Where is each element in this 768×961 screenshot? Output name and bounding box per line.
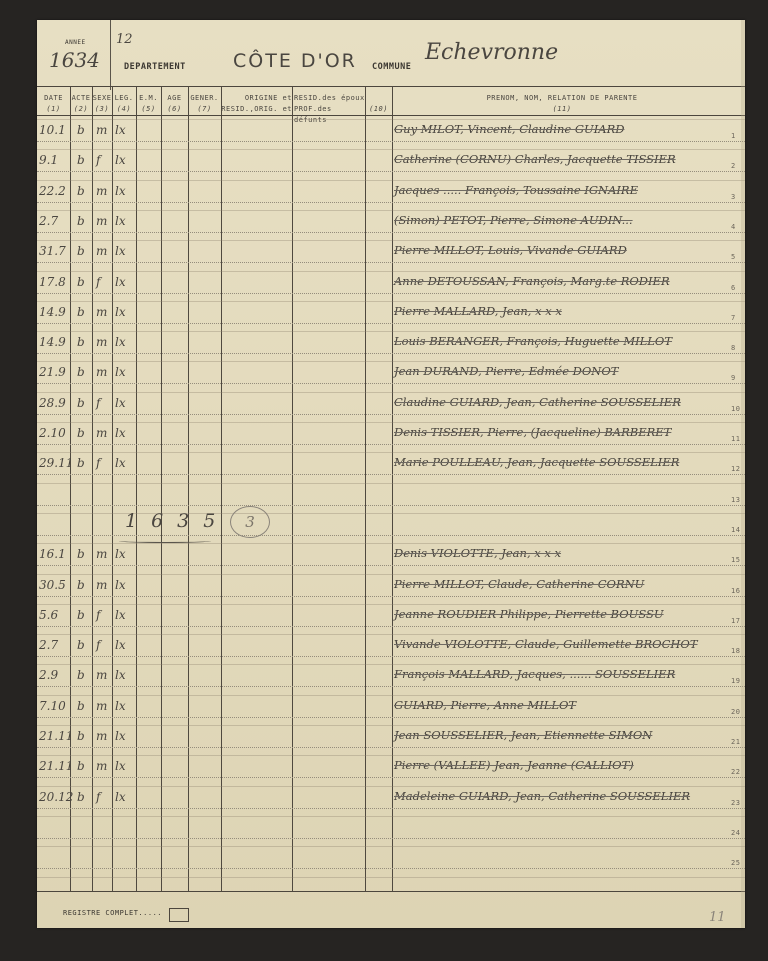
col-header-num: (3) [92,104,112,115]
cell-leg: lx [115,153,126,167]
cell-date: 21.11 [39,759,73,773]
row-dotted-line [37,868,745,869]
row-guide-line [37,180,745,181]
cell-date: 2.10 [39,426,66,440]
row-dotted-line [37,353,745,354]
names-text: Claudine GUIARD, Jean, Catherine SOUSSEL… [394,395,681,409]
col-header-num: (10) [365,104,392,115]
col-header-em: E.M. (5) [136,93,161,115]
names-text: François MALLARD, Jacques, ...... SOUSSE… [394,667,675,681]
column-divider [392,86,393,891]
line-number: 8 [731,344,736,352]
line-number: 3 [731,193,736,201]
cell-sexe: m [96,335,107,349]
cell-sexe: m [96,547,107,561]
cell-acte: b [77,790,85,804]
line-number: 15 [731,556,740,564]
column-divider [112,86,113,891]
cell-leg: lx [115,790,126,804]
cell-sexe: f [96,275,100,289]
cell-date: 22.2 [39,184,66,198]
col-header-sexe: SEXE (3) [92,93,112,115]
line-number: 17 [731,617,740,625]
col-header-label: RESID.des époux [294,93,367,104]
cell-leg: lx [115,547,126,561]
row-guide-line [37,361,745,362]
col-header-label: E.M. [136,93,161,104]
cell-sexe: m [96,184,107,198]
row-guide-line [37,483,745,484]
cell-date: 2.9 [39,668,58,682]
column-divider [188,86,189,891]
cell-leg: lx [115,608,126,622]
line-number: 23 [731,799,740,807]
names-text: GUIARD, Pierre, Anne MILLOT [394,698,576,712]
row-guide-line [37,786,745,787]
names-text: Denis VIOLOTTE, Jean, x x x [394,546,561,560]
names-text: Denis TISSIER, Pierre, (Jacqueline) BARB… [394,425,671,439]
cell-sexe: f [96,638,100,652]
departement-label: DEPARTEMENT [124,62,186,72]
names-text: Pierre MILLOT, Louis, Vivande GUIARD [394,243,627,257]
cell-names: Madeleine GUIARD, Jean, Catherine SOUSSE… [394,789,690,803]
cell-names: Pierre MILLOT, Louis, Vivande GUIARD [394,243,627,257]
cell-acte: b [77,578,85,592]
names-text: Jacques ..... François, Toussaine IGNAIR… [394,183,638,197]
col-header-label-2: PROF.des défunts [294,104,367,126]
commune-label: COMMUNE [372,62,411,72]
column-divider [92,86,93,891]
cell-sexe: m [96,214,107,228]
row-guide-line [37,543,745,544]
line-number: 19 [731,677,740,685]
row-dotted-line [37,747,745,748]
cell-acte: b [77,153,85,167]
names-text: Marie POULLEAU, Jean, Jacquette SOUSSELI… [394,455,679,469]
row-dotted-line [37,171,745,172]
cell-sexe: m [96,244,107,258]
line-number: 6 [731,284,736,292]
line-number: 22 [731,768,740,776]
cell-sexe: m [96,699,107,713]
reference-number: 12 [116,32,133,47]
cell-sexe: m [96,305,107,319]
cell-acte: b [77,608,85,622]
cell-sexe: f [96,456,100,470]
line-number: 21 [731,738,740,746]
col-header-label [365,93,392,104]
row-dotted-line [37,293,745,294]
col-header-names: PRENOM, NOM, RELATION DE PARENTE (11) [392,93,732,115]
line-number: 25 [731,859,740,867]
cell-date: 29.11 [39,456,73,470]
line-number: 24 [731,829,740,837]
names-text: Anne DETOUSSAN, François, Marg.te RODIER [394,274,670,288]
cell-leg: lx [115,184,126,198]
names-text: Jean DURAND, Pierre, Edmée DONOT [394,364,618,378]
col-header-label: DATE [37,93,70,104]
registre-complet-label: REGISTRE COMPLET..... [63,909,162,917]
cell-sexe: m [96,668,107,682]
column-divider [161,86,162,891]
col-header-10: (10) [365,93,392,115]
cell-acte: b [77,244,85,258]
cell-acte: b [77,184,85,198]
cell-leg: lx [115,214,126,228]
col-header-label: PRENOM, NOM, RELATION DE PARENTE [392,93,732,104]
cell-names: Claudine GUIARD, Jean, Catherine SOUSSEL… [394,395,681,409]
cell-date: 2.7 [39,214,58,228]
cell-acte: b [77,547,85,561]
row-dotted-line [37,565,745,566]
line-number: 5 [731,253,736,261]
names-text: Jean SOUSSELIER, Jean, Etiennette SIMON [394,728,652,742]
row-guide-line [37,331,745,332]
line-number: 16 [731,587,740,595]
row-guide-line [37,755,745,756]
col-header-num: (2) [70,104,92,115]
col-header-num: (4) [112,104,136,115]
cell-date: 20.12 [39,790,73,804]
cell-leg: lx [115,668,126,682]
row-guide-line [37,119,745,120]
card-edge [741,20,745,928]
cell-sexe: m [96,426,107,440]
cell-date: 21.11 [39,729,73,743]
line-number: 20 [731,708,740,716]
cell-names: Jean DURAND, Pierre, Edmée DONOT [394,364,618,378]
register-card: ANNEE 1634 12 DEPARTEMENT CÔTE D'OR COMM… [37,20,745,928]
row-dotted-line [37,383,745,384]
cell-sexe: m [96,365,107,379]
col-header-num: (5) [136,104,161,115]
cell-names: Vivande VIOLOTTE, Claude, Guillemette BR… [394,637,698,651]
col-header-gener: GENER. (7) [188,93,221,115]
row-dotted-line [37,505,745,506]
cell-leg: lx [115,699,126,713]
year-break-label: 1635 [125,510,229,532]
column-divider [136,86,137,891]
col-header-label: SEXE [92,93,112,104]
col-header-num: (11) [392,104,732,115]
names-text: (Simon) PETOT, Pierre, Simone AUDIN... [394,213,633,227]
cell-date: 30.5 [39,578,66,592]
col-header-num: (6) [161,104,188,115]
names-text: Jeanne ROUDIER Philippe, Pierrette BOUSS… [394,607,664,621]
annee-value: 1634 [49,48,100,72]
row-dotted-line [37,777,745,778]
row-dotted-line [37,535,745,536]
registre-complet-checkbox[interactable] [169,908,189,922]
row-guide-line [37,240,745,241]
cell-date: 7.10 [39,699,66,713]
col-header-label: AGE [161,93,188,104]
row-guide-line [37,604,745,605]
cell-names: Louis BERANGER, François, Huguette MILLO… [394,334,672,348]
cell-names: GUIARD, Pierre, Anne MILLOT [394,698,576,712]
cell-date: 16.1 [39,547,66,561]
cell-acte: b [77,396,85,410]
cell-date: 17.8 [39,275,66,289]
cell-acte: b [77,214,85,228]
col-header-age: AGE (6) [161,93,188,115]
cell-acte: b [77,426,85,440]
row-guide-line [37,725,745,726]
cell-leg: lx [115,396,126,410]
cell-names: Jacques ..... François, Toussaine IGNAIR… [394,183,638,197]
row-guide-line [37,210,745,211]
names-text: Pierre MALLARD, Jean, x x x [394,304,562,318]
row-guide-line [37,574,745,575]
commune-value: Echevronne [425,40,558,65]
col-header-label: ACTE [70,93,92,104]
cell-names: Marie POULLEAU, Jean, Jacquette SOUSSELI… [394,455,679,469]
circled-count: 3 [230,506,270,538]
row-guide-line [37,634,745,635]
cell-acte: b [77,668,85,682]
column-divider [292,86,293,891]
row-dotted-line [37,444,745,445]
row-dotted-line [37,626,745,627]
cell-names: Anne DETOUSSAN, François, Marg.te RODIER [394,274,670,288]
cell-acte: b [77,638,85,652]
cell-leg: lx [115,244,126,258]
line-number: 4 [731,223,736,231]
line-number: 7 [731,314,736,322]
cell-acte: b [77,305,85,319]
cell-names: Catherine (CORNU) Charles, Jacquette TIS… [394,152,676,166]
row-guide-line [37,846,745,847]
cell-leg: lx [115,123,126,137]
cell-date: 10.1 [39,123,66,137]
cell-date: 2.7 [39,638,58,652]
cell-names: Denis TISSIER, Pierre, (Jacqueline) BARB… [394,425,671,439]
line-number: 10 [731,405,740,413]
cell-leg: lx [115,365,126,379]
row-guide-line [37,877,745,878]
cell-names: Pierre MALLARD, Jean, x x x [394,304,562,318]
cell-names: François MALLARD, Jacques, ...... SOUSSE… [394,667,675,681]
row-dotted-line [37,262,745,263]
col-header-label-2: RESID.,ORIG. et [221,104,292,115]
cell-leg: lx [115,275,126,289]
year-break-underline [119,539,211,543]
row-guide-line [37,422,745,423]
cell-sexe: f [96,153,100,167]
cell-acte: b [77,729,85,743]
col-header-num: (1) [37,104,70,115]
annee-label: ANNEE [65,39,86,46]
row-dotted-line [37,717,745,718]
line-number: 14 [731,526,740,534]
col-header-acte: ACTE (2) [70,93,92,115]
cell-acte: b [77,365,85,379]
row-guide-line [37,392,745,393]
cell-leg: lx [115,759,126,773]
departement-value: CÔTE D'OR [233,50,357,72]
cell-names: Jeanne ROUDIER Philippe, Pierrette BOUSS… [394,607,664,621]
row-dotted-line [37,656,745,657]
line-number: 1 [731,132,736,140]
row-dotted-line [37,232,745,233]
cell-sexe: f [96,608,100,622]
col-header-date: DATE (1) [37,93,70,115]
names-text: Louis BERANGER, François, Huguette MILLO… [394,334,672,348]
line-number: 18 [731,647,740,655]
row-dotted-line [37,838,745,839]
row-dotted-line [37,323,745,324]
cell-date: 5.6 [39,608,58,622]
row-guide-line [37,695,745,696]
line-number: 2 [731,162,736,170]
cell-leg: lx [115,729,126,743]
annee-divider [110,20,111,90]
cell-acte: b [77,275,85,289]
column-divider [221,86,222,891]
header-divider [37,115,745,116]
row-guide-line [37,301,745,302]
names-text: Guy MILOT, Vincent, Claudine GUIARD [394,122,624,136]
cell-names: Pierre MILLOT, Claude, Catherine CORNU [394,577,644,591]
row-guide-line [37,816,745,817]
row-dotted-line [37,202,745,203]
cell-sexe: m [96,759,107,773]
cell-date: 9.1 [39,153,58,167]
row-dotted-line [37,686,745,687]
cell-leg: lx [115,335,126,349]
cell-acte: b [77,699,85,713]
line-number: 11 [731,435,740,443]
cell-acte: b [77,123,85,137]
col-header-label: GENER. [188,93,221,104]
cell-date: 14.9 [39,305,66,319]
cell-sexe: m [96,729,107,743]
cell-leg: lx [115,456,126,470]
row-dotted-line [37,808,745,809]
row-guide-line [37,664,745,665]
col-header-resid: RESID.des époux PROF.des défunts [292,93,367,126]
col-header-label: LEG. [112,93,136,104]
line-number: 13 [731,496,740,504]
cell-leg: lx [115,578,126,592]
row-dotted-line [37,474,745,475]
cell-date: 31.7 [39,244,66,258]
cell-leg: lx [115,426,126,440]
page-number: 11 [709,910,726,925]
line-number: 9 [731,374,736,382]
cell-date: 14.9 [39,335,66,349]
names-text: Madeleine GUIARD, Jean, Catherine SOUSSE… [394,789,690,803]
cell-names: Guy MILOT, Vincent, Claudine GUIARD [394,122,624,136]
cell-leg: lx [115,638,126,652]
cell-names: Pierre (VALLEE) Jean, Jeanne (CALLIOT) [394,758,634,772]
cell-names: Jean SOUSSELIER, Jean, Etiennette SIMON [394,728,652,742]
row-dotted-line [37,414,745,415]
names-text: Vivande VIOLOTTE, Claude, Guillemette BR… [394,637,698,651]
column-divider [365,86,366,891]
cell-sexe: f [96,396,100,410]
row-guide-line [37,452,745,453]
cell-names: (Simon) PETOT, Pierre, Simone AUDIN... [394,213,633,227]
col-header-origine: ORIGINE et RESID.,ORIG. et [221,93,292,115]
cell-sexe: m [96,123,107,137]
cell-acte: b [77,759,85,773]
cell-date: 21.9 [39,365,66,379]
cell-sexe: m [96,578,107,592]
row-dotted-line [37,596,745,597]
row-dotted-line [37,141,745,142]
row-guide-line [37,149,745,150]
names-text: Catherine (CORNU) Charles, Jacquette TIS… [394,152,676,166]
row-guide-line [37,271,745,272]
col-header-leg: LEG. (4) [112,93,136,115]
cell-sexe: f [96,790,100,804]
cell-names: Denis VIOLOTTE, Jean, x x x [394,546,561,560]
line-number: 12 [731,465,740,473]
col-header-num: (7) [188,104,221,115]
names-text: Pierre MILLOT, Claude, Catherine CORNU [394,577,644,591]
cell-leg: lx [115,305,126,319]
names-text: Pierre (VALLEE) Jean, Jeanne (CALLIOT) [394,758,634,772]
col-header-label: ORIGINE et [221,93,292,104]
register-table [37,86,745,892]
cell-acte: b [77,335,85,349]
cell-acte: b [77,456,85,470]
cell-date: 28.9 [39,396,66,410]
